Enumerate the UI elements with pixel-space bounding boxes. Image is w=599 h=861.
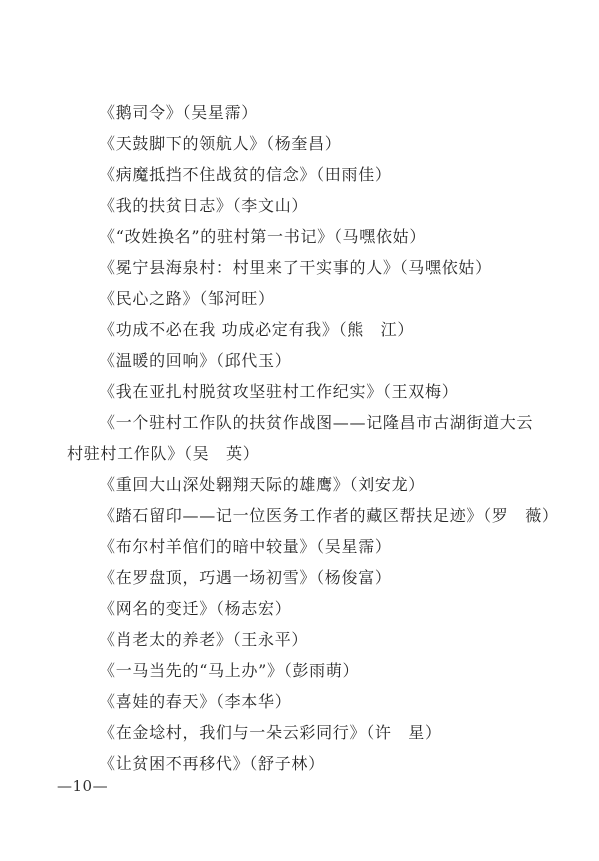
title-author-line: 《功成不必在我 功成必定有我》（熊 江） [67,314,543,345]
title-author-line: 《在罗盘顶，巧遇一场初雪》（杨俊富） [67,562,543,593]
title-author-line: 《天鼓脚下的领航人》（杨奎昌） [67,128,543,159]
title-author-line: 《踏石留印——记一位医务工作者的藏区帮扶足迹》（罗 薇） [67,500,543,531]
title-author-line: 《我在亚扎村脱贫攻坚驻村工作纪实》（王双梅） [67,376,543,407]
title-author-line: 《一马当先的“马上办”》（彭雨萌） [67,655,543,686]
title-author-line: 《我的扶贫日志》（李文山） [67,190,543,221]
title-author-line: 《喜娃的春天》（李本华） [67,686,543,717]
title-author-line-wrapped-end: 村驻村工作队》（吴 英） [67,438,543,469]
title-author-line: 《重回大山深处翱翔天际的雄鹰》（刘安龙） [67,469,543,500]
title-author-line: 《在金埝村，我们与一朵云彩同行》（许 星） [67,717,543,748]
page-number: —10— [57,776,108,796]
title-author-line: 《鹅司令》（吴星霈） [67,97,543,128]
title-author-line: 《冕宁县海泉村：村里来了干实事的人》（马嘿依姑） [67,252,543,283]
title-author-line: 《布尔村羊倌们的暗中较量》（吴星霈） [67,531,543,562]
title-author-line: 《网名的变迁》（杨志宏） [67,593,543,624]
title-author-line: 《让贫困不再移代》（舒子林） [67,748,543,779]
title-author-line: 《“改姓换名”的驻村第一书记》（马嘿依姑） [67,221,543,252]
title-author-line: 《病魔抵挡不住战贫的信念》（田雨佳） [67,159,543,190]
document-page: 《鹅司令》（吴星霈） 《天鼓脚下的领航人》（杨奎昌） 《病魔抵挡不住战贫的信念》… [0,0,599,861]
title-author-line: 《民心之路》（邹河旺） [67,283,543,314]
title-list: 《鹅司令》（吴星霈） 《天鼓脚下的领航人》（杨奎昌） 《病魔抵挡不住战贫的信念》… [67,97,543,779]
title-author-line-wrapped-start: 《一个驻村工作队的扶贫作战图——记隆昌市古湖街道大云 [67,407,543,438]
title-author-line: 《肖老太的养老》（王永平） [67,624,543,655]
title-author-line: 《温暖的回响》（邱代玉） [67,345,543,376]
